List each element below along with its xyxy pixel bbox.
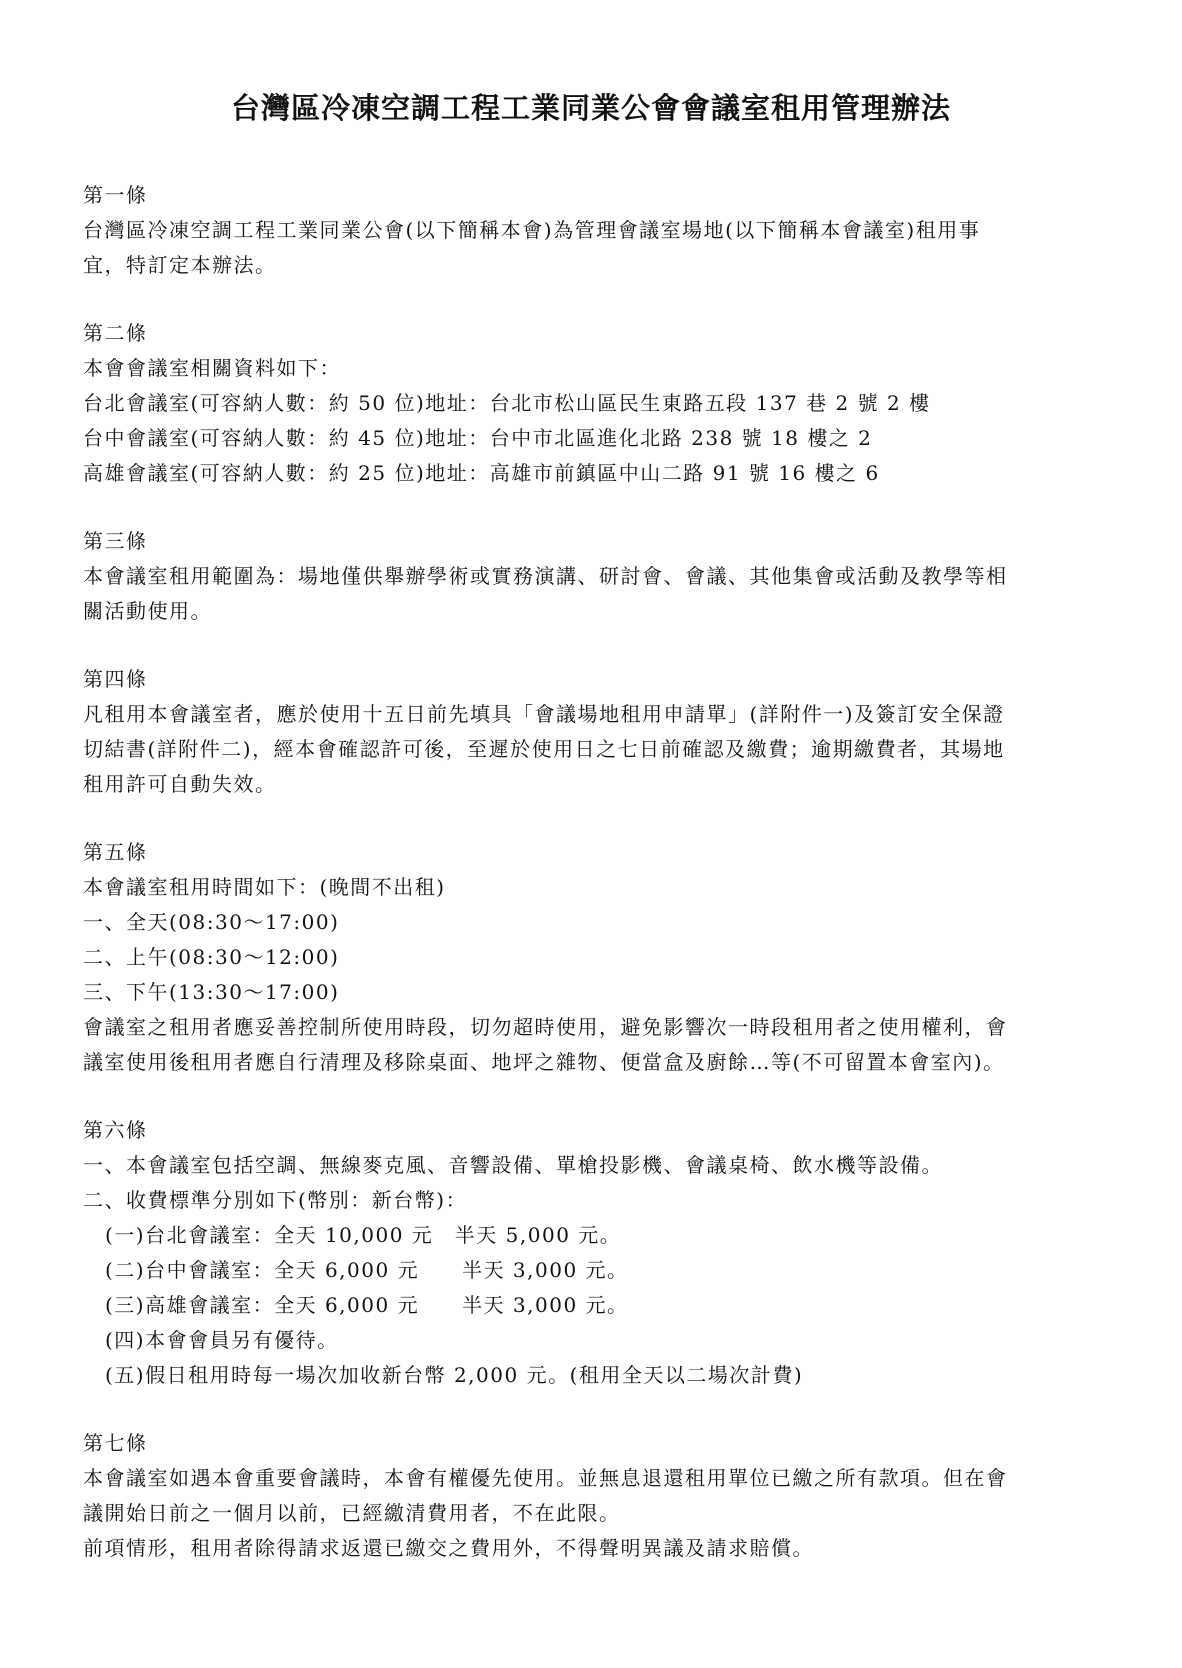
article-text-line: 台灣區冷凍空調工程工業同業公會(以下簡稱本會)為管理會議室場地(以下簡稱本會議室…	[83, 213, 1113, 248]
article-text-line: 議室使用後租用者應自行清理及移除桌面、地坪之雜物、便當盒及廚餘…等(不可留置本會…	[83, 1045, 1113, 1080]
article-text-line: 本會會議室相關資料如下：	[83, 351, 1113, 386]
article-text-line: 切結書(詳附件二)，經本會確認許可後，至遲於使用日之七日前確認及繳費；逾期繳費者…	[83, 732, 1113, 767]
document-title: 台灣區冷凍空調工程工業同業公會會議室租用管理辦法	[0, 88, 1182, 128]
fee-item-holiday-surcharge: (五)假日租用時每一場次加收新台幣 2,000 元。(租用全天以二場次計費)	[83, 1358, 1113, 1393]
article-3: 第三條 本會議室租用範圍為：場地僅供舉辦學術或實務演講、研討會、會議、其他集會或…	[83, 524, 1113, 629]
fee-standard-intro: 二、收費標準分別如下(幣別：新台幣)：	[83, 1183, 1113, 1218]
document-body: 第一條 台灣區冷凍空調工程工業同業公會(以下簡稱本會)為管理會議室場地(以下簡稱…	[83, 178, 1113, 1599]
article-text-line: 本會議室如遇本會重要會議時，本會有權優先使用。並無息退還租用單位已繳之所有款項。…	[83, 1461, 1113, 1496]
equipment-line: 一、本會議室包括空調、無線麥克風、音響設備、單槍投影機、會議桌椅、飲水機等設備。	[83, 1148, 1113, 1183]
article-text-line: 租用許可自動失效。	[83, 767, 1113, 802]
article-text-line: 關活動使用。	[83, 594, 1113, 629]
article-text-line: 本會議室租用時間如下：(晚間不出租)	[83, 870, 1113, 905]
fee-item-kaohsiung: (三)高雄會議室：全天 6,000 元 半天 3,000 元。	[83, 1288, 1113, 1323]
article-text-line: 會議室之租用者應妥善控制所使用時段，切勿超時使用，避免影響次一時段租用者之使用權…	[83, 1010, 1113, 1045]
time-slot-afternoon: 三、下午(13:30～17:00)	[83, 975, 1113, 1010]
article-text-line: 前項情形，租用者除得請求返還已繳交之費用外，不得聲明異議及請求賠償。	[83, 1531, 1113, 1566]
article-6: 第六條 一、本會議室包括空調、無線麥克風、音響設備、單槍投影機、會議桌椅、飲水機…	[83, 1113, 1113, 1393]
article-text-line: 本會議室租用範圍為：場地僅供舉辦學術或實務演講、研討會、會議、其他集會或活動及教…	[83, 559, 1113, 594]
article-text-line: 凡租用本會議室者，應於使用十五日前先填具「會議場地租用申請單」(詳附件一)及簽訂…	[83, 697, 1113, 732]
article-heading: 第二條	[83, 316, 1113, 351]
article-7: 第七條 本會議室如遇本會重要會議時，本會有權優先使用。並無息退還租用單位已繳之所…	[83, 1426, 1113, 1566]
fee-item-taipei: (一)台北會議室：全天 10,000 元 半天 5,000 元。	[83, 1218, 1113, 1253]
document-page: 台灣區冷凍空調工程工業同業公會會議室租用管理辦法 第一條 台灣區冷凍空調工程工業…	[0, 0, 1182, 1668]
article-5: 第五條 本會議室租用時間如下：(晚間不出租) 一、全天(08:30～17:00)…	[83, 835, 1113, 1080]
article-heading: 第五條	[83, 835, 1113, 870]
room-info-taipei: 台北會議室(可容納人數：約 50 位)地址：台北市松山區民生東路五段 137 巷…	[83, 386, 1113, 421]
article-heading: 第四條	[83, 662, 1113, 697]
article-4: 第四條 凡租用本會議室者，應於使用十五日前先填具「會議場地租用申請單」(詳附件一…	[83, 662, 1113, 802]
article-heading: 第一條	[83, 178, 1113, 213]
article-heading: 第六條	[83, 1113, 1113, 1148]
time-slot-full-day: 一、全天(08:30～17:00)	[83, 905, 1113, 940]
fee-item-member-discount: (四)本會會員另有優待。	[83, 1323, 1113, 1358]
fee-item-taichung: (二)台中會議室：全天 6,000 元 半天 3,000 元。	[83, 1253, 1113, 1288]
time-slot-morning: 二、上午(08:30～12:00)	[83, 940, 1113, 975]
article-1: 第一條 台灣區冷凍空調工程工業同業公會(以下簡稱本會)為管理會議室場地(以下簡稱…	[83, 178, 1113, 283]
article-text-line: 議開始日前之一個月以前，已經繳清費用者，不在此限。	[83, 1496, 1113, 1531]
article-2: 第二條 本會會議室相關資料如下： 台北會議室(可容納人數：約 50 位)地址：台…	[83, 316, 1113, 491]
article-heading: 第三條	[83, 524, 1113, 559]
article-heading: 第七條	[83, 1426, 1113, 1461]
room-info-taichung: 台中會議室(可容納人數：約 45 位)地址：台中市北區進化北路 238 號 18…	[83, 421, 1113, 456]
article-text-line: 宜，特訂定本辦法。	[83, 248, 1113, 283]
room-info-kaohsiung: 高雄會議室(可容納人數：約 25 位)地址：高雄市前鎮區中山二路 91 號 16…	[83, 456, 1113, 491]
